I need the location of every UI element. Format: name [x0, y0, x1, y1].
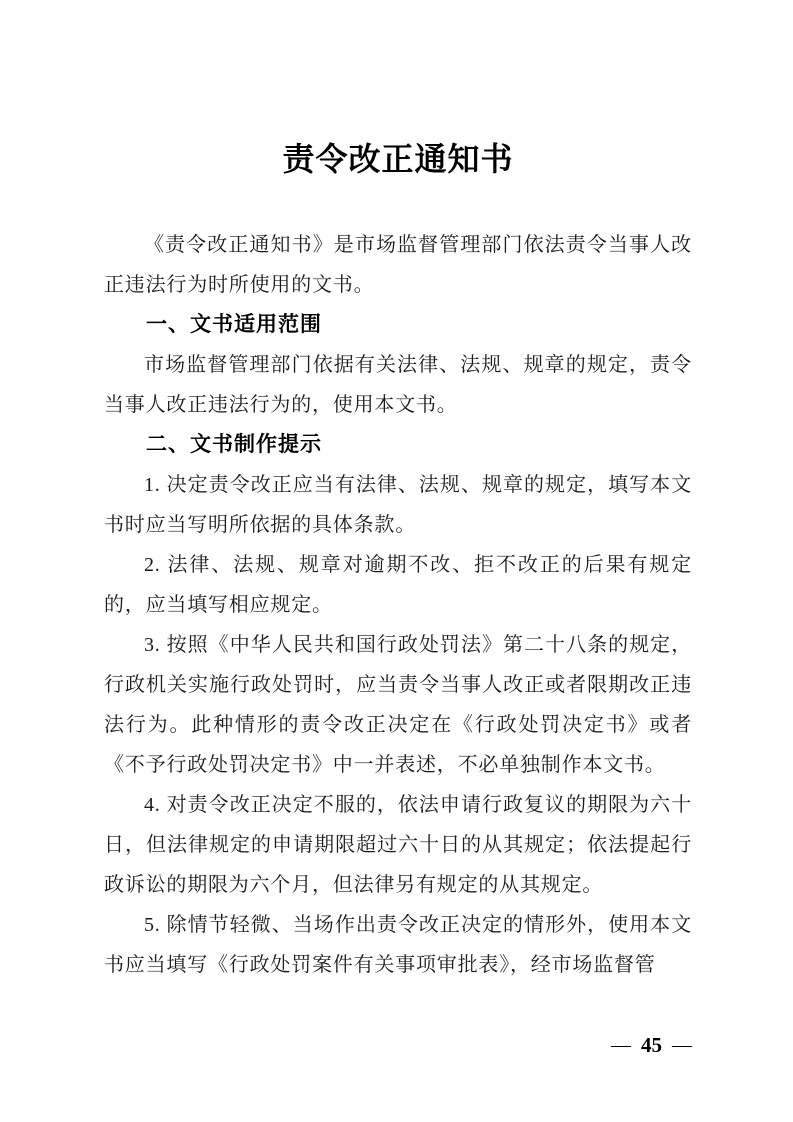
- page-footer: — 45 —: [611, 1030, 692, 1060]
- document-page: 责令改正通知书 《责令改正通知书》是市场监督管理部门依法责令当事人改正违法行为时…: [0, 0, 793, 1122]
- instruction-item-5: 5. 除情节轻微、当场作出责令改正决定的情形外，使用本文书应当填写《行政处罚案件…: [104, 905, 692, 985]
- document-content: 责令改正通知书 《责令改正通知书》是市场监督管理部门依法责令当事人改正违法行为时…: [104, 0, 692, 985]
- section-heading-scope: 一、文书适用范围: [104, 305, 692, 345]
- instruction-item-4: 4. 对责令改正决定不服的，依法申请行政复议的期限为六十日，但法律规定的申请期限…: [104, 785, 692, 905]
- section-heading-instructions: 二、文书制作提示: [104, 425, 692, 465]
- instruction-item-3: 3. 按照《中华人民共和国行政处罚法》第二十八条的规定，行政机关实施行政处罚时，…: [104, 625, 692, 785]
- footer-dash-left: —: [611, 1030, 631, 1060]
- intro-paragraph: 《责令改正通知书》是市场监督管理部门依法责令当事人改正违法行为时所使用的文书。: [104, 225, 692, 305]
- page-number: 45: [641, 1030, 662, 1060]
- instruction-item-1: 1. 决定责令改正应当有法律、法规、规章的规定，填写本文书时应当写明所依据的具体…: [104, 465, 692, 545]
- document-title: 责令改正通知书: [104, 138, 692, 180]
- footer-dash-right: —: [672, 1030, 692, 1060]
- section-scope-paragraph: 市场监督管理部门依据有关法律、法规、规章的规定，责令当事人改正违法行为的，使用本…: [104, 345, 692, 425]
- instruction-item-2: 2. 法律、法规、规章对逾期不改、拒不改正的后果有规定的，应当填写相应规定。: [104, 545, 692, 625]
